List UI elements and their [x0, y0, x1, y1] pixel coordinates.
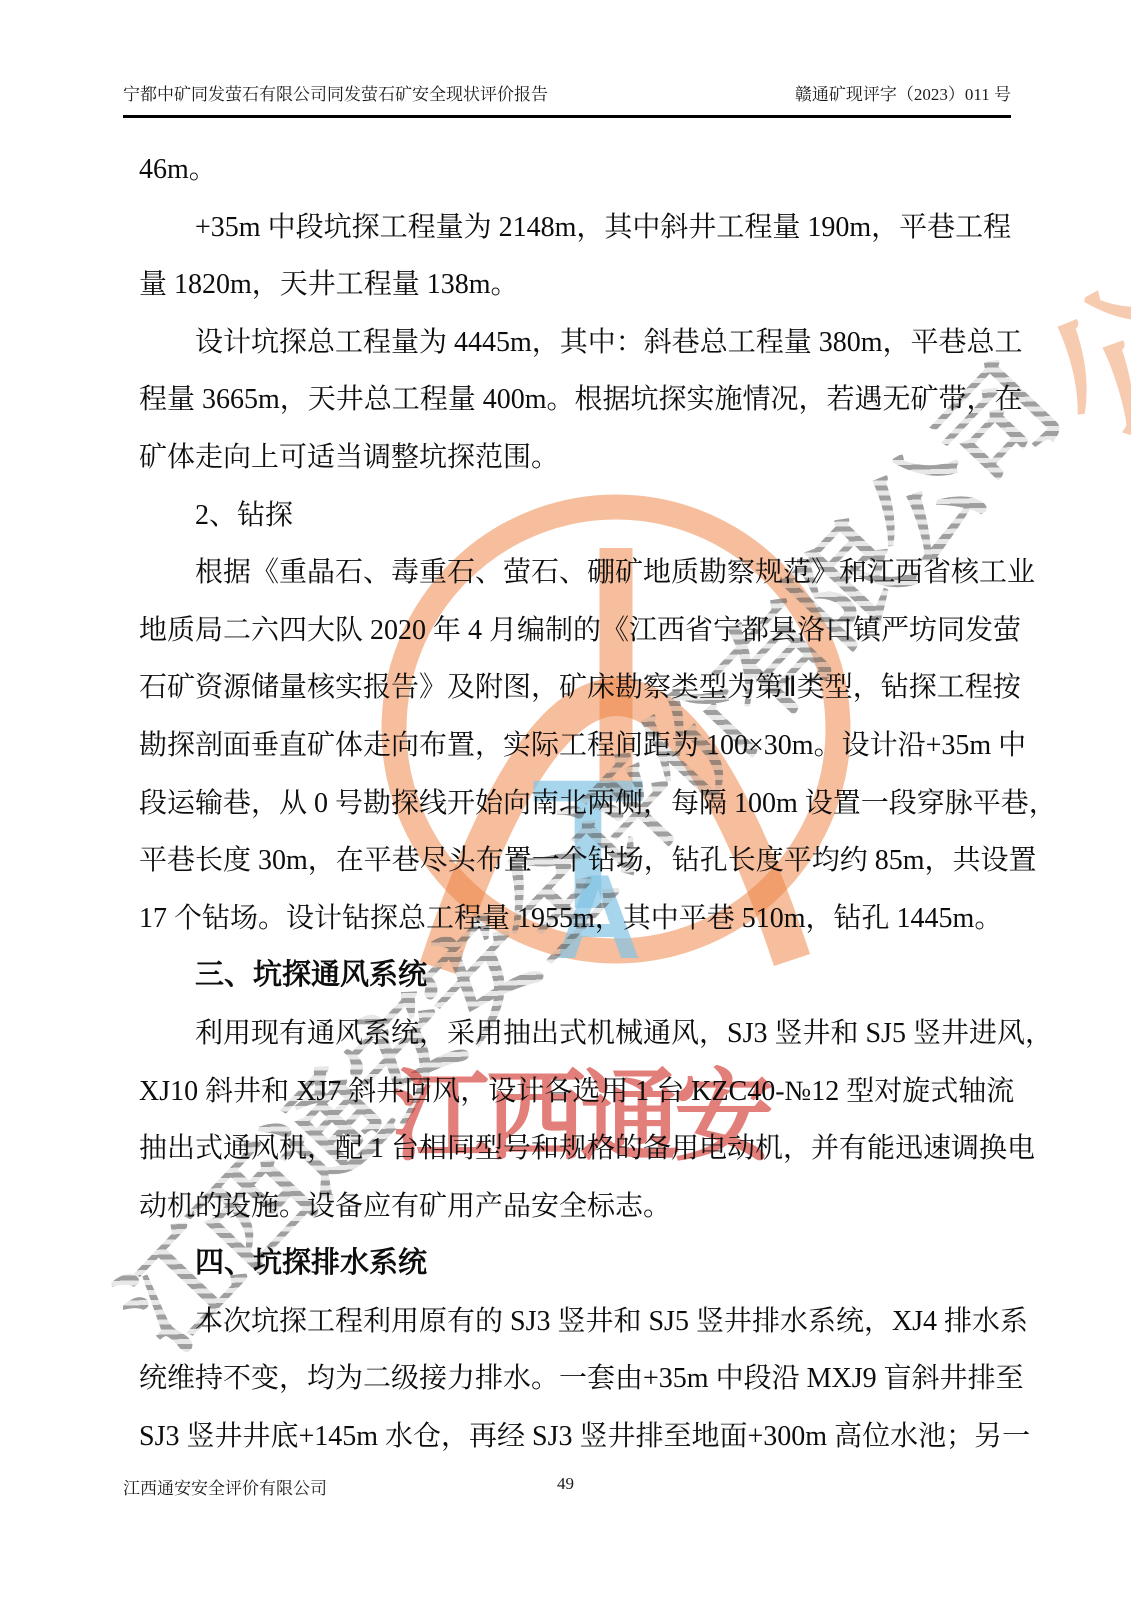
body-line: SJ3 竖井井底+145m 水仓，再经 SJ3 竖井排至地面+300m 高位水池… [139, 1408, 996, 1466]
body-line: +35m 中段坑探工程量为 2148m，其中斜井工程量 190m，平巷工程 [139, 199, 996, 257]
body-line: 17 个钻场。设计钻探总工程量 1955m，其中平巷 510m，钻孔 1445m… [139, 890, 996, 948]
page-number: 49 [557, 1474, 574, 1493]
body-line: 2、钻探 [139, 487, 996, 545]
header-document-number: 赣通矿现评字（2023）011 号 [795, 80, 1011, 105]
body-line: 利用现有通风系统，采用抽出式机械通风，SJ3 竖井和 SJ5 竖井进风， [139, 1005, 996, 1063]
body-line: 段运输巷，从 0 号勘探线开始向南北两侧，每隔 100m 设置一段穿脉平巷， [139, 775, 996, 833]
body-line: 统维持不变，均为二级接力排水。一套由+35m 中段沿 MXJ9 盲斜井排至 [139, 1350, 996, 1408]
body-line: 平巷长度 30m，在平巷尽头布置一个钻场，钻孔长度平均约 85m，共设置 [139, 832, 996, 890]
body-line: XJ10 斜井和 XJ7 斜井回风，设计各选用 1 台 KZC40-№12 型对… [139, 1063, 996, 1121]
body-line: 勘探剖面垂直矿体走向布置，实际工程间距为 100×30m。设计沿+35m 中 [139, 717, 996, 775]
body-line: 地质局二六四大队 2020 年 4 月编制的《江西省宁都县洛口镇严坊同发萤 [139, 602, 996, 660]
body-line: 矿体走向上可适当调整坑探范围。 [139, 429, 996, 487]
diagonal-orange-watermark-text: 公司 [988, 114, 1131, 480]
body-line: 本次坑探工程利用原有的 SJ3 竖井和 SJ5 竖井排水系统，XJ4 排水系 [139, 1293, 996, 1351]
section-heading: 四、坑探排水系统 [139, 1235, 996, 1293]
body-line: 石矿资源储量核实报告》及附图，矿床勘察类型为第Ⅱ类型，钻探工程按 [139, 659, 996, 717]
body-line: 根据《重晶石、毒重石、萤石、硼矿地质勘察规范》和江西省核工业 [139, 544, 996, 602]
body-line: 量 1820m，天井工程量 138m。 [139, 256, 996, 314]
body-line: 46m。 [139, 141, 996, 199]
header-report-title: 宁都中矿同发萤石有限公司同发萤石矿安全现状评价报告 [123, 80, 548, 105]
document-body: 46m。+35m 中段坑探工程量为 2148m，其中斜井工程量 190m，平巷工… [139, 141, 996, 1466]
page-header: 宁都中矿同发萤石有限公司同发萤石矿安全现状评价报告 赣通矿现评字（2023）01… [123, 80, 1011, 118]
footer-company-name: 江西通安安全评价有限公司 [123, 1474, 327, 1499]
body-line: 设计坑探总工程量为 4445m，其中：斜巷总工程量 380m，平巷总工 [139, 314, 996, 372]
page-footer: 江西通安安全评价有限公司 49 [0, 1474, 1131, 1504]
section-heading: 三、坑探通风系统 [139, 947, 996, 1005]
body-line: 抽出式通风机，配 1 台相同型号和规格的备用电动机，并有能迅速调换电 [139, 1120, 996, 1178]
report-page: T A 江西通安安全评价有限公司 公司 江西通安 宁都中矿同发萤石有限公司同发萤… [0, 0, 1131, 1600]
body-line: 动机的设施。设备应有矿用产品安全标志。 [139, 1178, 996, 1236]
body-line: 程量 3665m，天井总工程量 400m。根据坑探实施情况，若遇无矿带，在 [139, 371, 996, 429]
